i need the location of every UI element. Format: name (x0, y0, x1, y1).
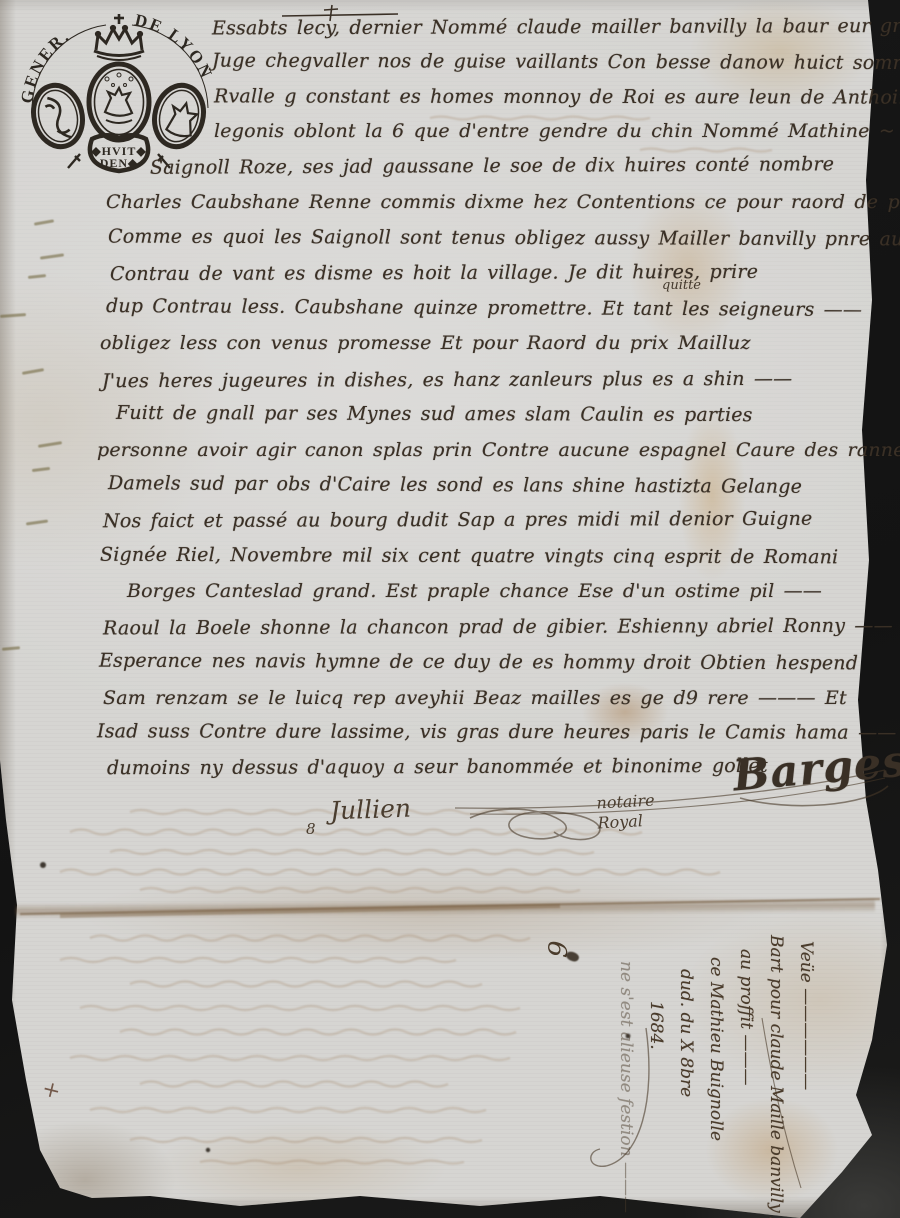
margin-tick (0, 313, 26, 318)
ink-layer: GENER. DE LYON (0, 0, 900, 1218)
margin-tick (26, 519, 48, 525)
margin-tick (40, 253, 64, 259)
margin-marks (0, 0, 900, 1218)
margin-tick (2, 646, 20, 651)
margin-tick (38, 441, 62, 448)
margin-tick (28, 274, 46, 279)
margin-tick (32, 467, 50, 472)
photo-background: GENER. DE LYON (0, 0, 900, 1218)
margin-tick (34, 219, 54, 225)
margin-tick (22, 368, 44, 375)
